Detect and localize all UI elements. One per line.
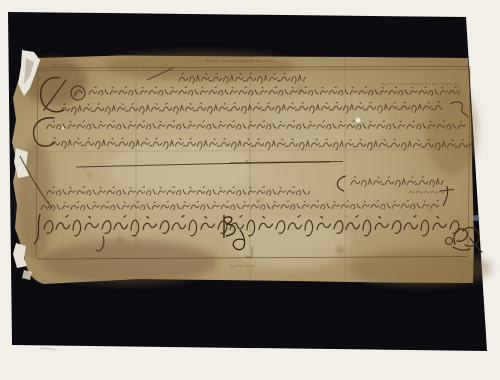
footnote-text — [228, 262, 254, 268]
corner-scribble — [52, 62, 76, 69]
parchment — [12, 50, 492, 286]
note-line-1 — [350, 176, 444, 187]
handwriting-line-1 — [88, 86, 460, 98]
heading-line-2 — [178, 73, 306, 84]
handwriting-line-3 — [46, 120, 466, 132]
manuscript-photo-svg — [0, 0, 500, 380]
handwriting-line-2 — [60, 101, 442, 115]
manuscript-photo: Photograph of an aged, stained handwritt… — [0, 0, 500, 380]
note-line-2 — [408, 188, 444, 195]
handwriting-line-4 — [50, 137, 474, 151]
signature-line — [42, 214, 460, 240]
handwriting-line-6 — [40, 200, 440, 213]
handwriting-line-5 — [46, 186, 310, 198]
superscript-marks-1 — [380, 80, 462, 87]
heading-line-1 — [204, 57, 274, 64]
